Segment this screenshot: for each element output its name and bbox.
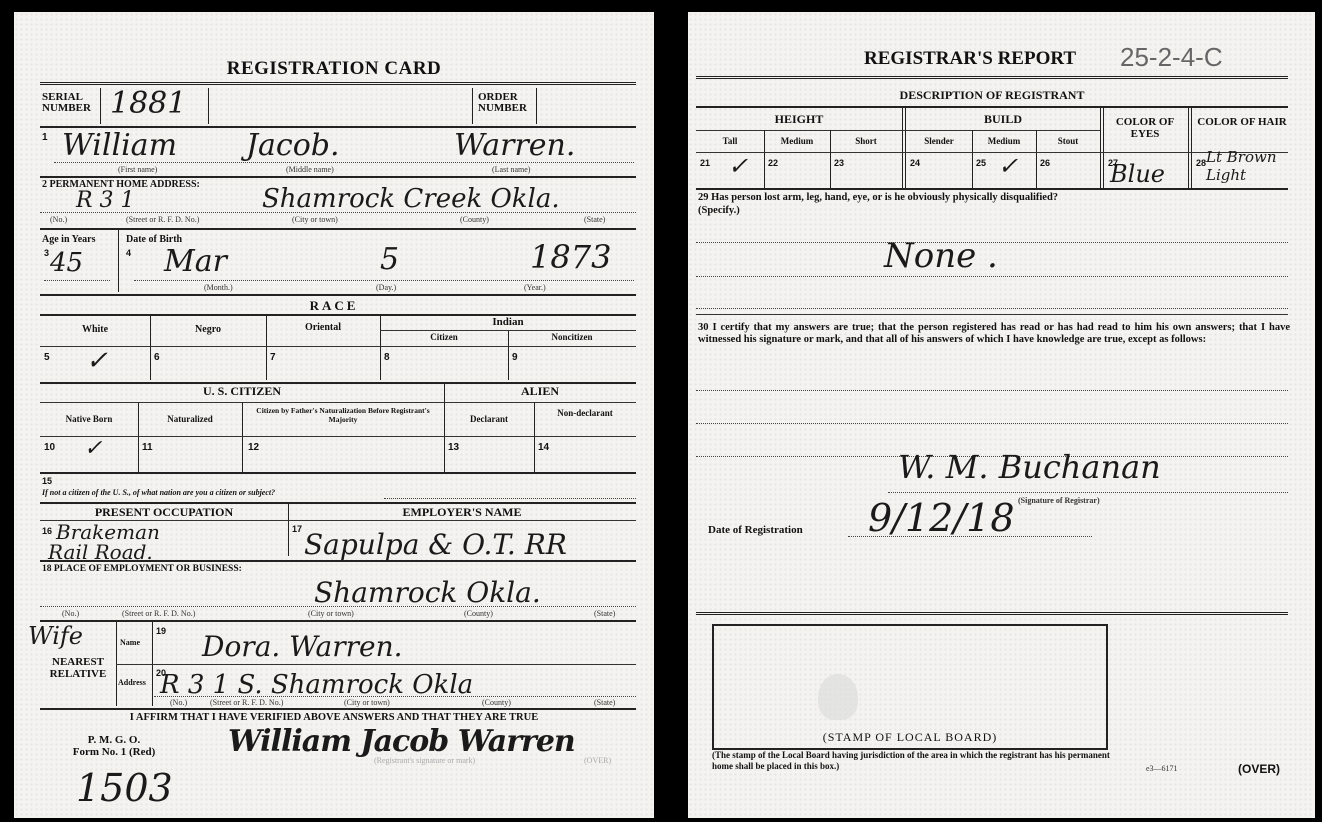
- serial-number-value[interactable]: 1881: [110, 86, 186, 121]
- race-header-negro: Negro: [150, 324, 266, 335]
- middle-name-value[interactable]: Jacob.: [246, 128, 340, 163]
- divider: [40, 708, 636, 710]
- field-number: 15: [42, 476, 52, 486]
- registrar-signature[interactable]: W. M. Buchanan: [898, 448, 1161, 486]
- fill-line: [888, 492, 1288, 493]
- height-tall-check[interactable]: ✓: [728, 152, 748, 180]
- fill-line: [40, 606, 636, 607]
- field-number: 12: [248, 442, 259, 453]
- serial-number-label: SERIAL NUMBER: [42, 92, 102, 114]
- signature-label: (Registrant's signature or mark): [374, 756, 475, 765]
- divider: [138, 402, 139, 472]
- divider: [696, 130, 1100, 131]
- fill-line: [384, 498, 636, 499]
- divider: [40, 502, 636, 504]
- divider: [40, 620, 636, 622]
- address-label: Address: [118, 678, 146, 687]
- registration-date-label: Date of Registration: [708, 524, 803, 536]
- divider: [242, 402, 243, 472]
- order-number-label: ORDER NUMBER: [478, 92, 538, 114]
- sub-label: (Year.): [524, 283, 546, 292]
- fill-line: [696, 276, 1288, 277]
- divider: [40, 82, 636, 85]
- height-medium-label: Medium: [764, 136, 830, 146]
- hair-color-value[interactable]: Lt Brown Light: [1206, 148, 1296, 184]
- divider: [536, 88, 537, 124]
- fill-line: [40, 212, 636, 213]
- race-header-indian: Indian: [380, 316, 636, 328]
- field-number: 23: [834, 158, 844, 168]
- height-title: HEIGHT: [696, 112, 902, 127]
- fill-line: [154, 696, 636, 697]
- field-number: 4: [126, 248, 131, 258]
- divider: [40, 436, 636, 437]
- field-number: 26: [1040, 158, 1050, 168]
- occupation-title: PRESENT OCCUPATION: [40, 505, 288, 520]
- sub-label: (County): [482, 698, 511, 707]
- affirm-statement: I AFFIRM THAT I HAVE VERIFIED ABOVE ANSW…: [14, 712, 654, 723]
- field-number: 10: [44, 442, 55, 453]
- field-number: 14: [538, 442, 549, 453]
- race-header-oriental: Oriental: [266, 322, 380, 333]
- hair-color-title: COLOR OF HAIR: [1192, 116, 1292, 128]
- last-name-value[interactable]: Warren.: [454, 128, 575, 163]
- field-number: 21: [700, 158, 710, 168]
- field-number: 16: [42, 526, 52, 536]
- handwritten-number: 1503: [76, 766, 173, 810]
- sub-label: (County): [460, 215, 489, 224]
- field-number: 17: [292, 524, 302, 534]
- sub-label: (Day.): [376, 283, 396, 292]
- registration-card: REGISTRATION CARD SERIAL NUMBER 1881 ORD…: [14, 12, 654, 818]
- fill-line: [696, 390, 1288, 391]
- dob-year[interactable]: 1873: [530, 238, 611, 276]
- divider: [696, 76, 1288, 79]
- divider: [40, 176, 636, 178]
- field-number: 19: [156, 626, 166, 636]
- report-title: REGISTRAR'S REPORT: [864, 48, 1076, 70]
- registrars-report-card: REGISTRAR'S REPORT 25-2-4-C DESCRIPTION …: [688, 12, 1315, 818]
- sub-label: (Street or R. F. D. No.): [210, 698, 283, 707]
- description-title: DESCRIPTION OF REGISTRANT: [688, 88, 1296, 103]
- divider: [100, 88, 101, 124]
- alien-title: ALIEN: [444, 384, 636, 399]
- field-number: 25: [976, 158, 986, 168]
- field-number: 22: [768, 158, 778, 168]
- alien-header-declarant: Declarant: [444, 414, 534, 424]
- divider: [118, 230, 119, 292]
- field-number: 9: [512, 352, 518, 363]
- question-30: 30 I certify that my answers are true; t…: [698, 322, 1290, 346]
- race-header-white: White: [40, 324, 150, 335]
- height-short-label: Short: [830, 136, 902, 146]
- sub-label: (City or town): [344, 698, 390, 707]
- field-number: 13: [448, 442, 459, 453]
- fill-line: [134, 280, 634, 281]
- registration-date-value[interactable]: 9/12/18: [868, 496, 1015, 540]
- sub-label: (City or town): [308, 609, 354, 618]
- employment-place-label: 18 PLACE OF EMPLOYMENT OR BUSINESS:: [42, 564, 242, 574]
- citizen-header-father-naturalization: Citizen by Father's Naturalization Befor…: [248, 406, 438, 424]
- sub-label: (No.): [62, 609, 79, 618]
- race-title: RACE: [14, 298, 654, 314]
- divider: [444, 384, 445, 472]
- sub-label: (State): [594, 609, 615, 618]
- age-value[interactable]: 45: [50, 248, 83, 278]
- height-tall-label: Tall: [696, 136, 764, 146]
- stamp-code: 25-2-4-C: [1120, 42, 1223, 73]
- relation-value[interactable]: Wife: [28, 622, 83, 650]
- stamp-box: (STAMP OF LOCAL BOARD): [712, 624, 1108, 750]
- name-label: Name: [120, 638, 140, 647]
- build-title: BUILD: [906, 112, 1100, 127]
- divider: [208, 88, 209, 124]
- field-number: 6: [154, 352, 160, 363]
- build-stout-label: Stout: [1036, 136, 1100, 146]
- print-code: e3—6171: [1146, 764, 1178, 773]
- race-white-check[interactable]: ✓: [86, 346, 108, 376]
- field-number: 11: [142, 442, 153, 453]
- fill-line: [54, 162, 634, 163]
- question-29-specify: (Specify.): [698, 205, 740, 216]
- sub-label: (Street or R. F. D. No.): [122, 609, 195, 618]
- sub-label: (Month.): [204, 283, 233, 292]
- race-header-indian-citizen: Citizen: [380, 332, 508, 342]
- native-born-check[interactable]: ✓: [84, 436, 102, 461]
- citizen-header-native-born: Native Born: [40, 414, 138, 424]
- field-number: 3: [44, 248, 49, 258]
- divider: [40, 294, 636, 296]
- employer-title: EMPLOYER'S NAME: [288, 505, 636, 520]
- card-title: REGISTRATION CARD: [14, 58, 654, 80]
- divider: [40, 228, 636, 230]
- divider: [696, 188, 1288, 190]
- registrant-signature[interactable]: William Jacob Warren: [228, 724, 575, 759]
- registrar-signature-label: (Signature of Registrar): [1018, 496, 1100, 505]
- build-slender-label: Slender: [906, 136, 972, 146]
- employment-place-value[interactable]: Shamrock Okla.: [314, 576, 541, 609]
- question-29: 29 Has person lost arm, leg, hand, eye, …: [698, 192, 1298, 203]
- citizen-header-naturalized: Naturalized: [138, 414, 242, 424]
- sub-label: (Street or R. F. D. No.): [126, 215, 199, 224]
- employer-value[interactable]: Sapulpa & O.T. RR: [304, 528, 567, 561]
- divider: [696, 314, 1288, 315]
- divider: [40, 472, 636, 474]
- sub-label: (State): [594, 698, 615, 707]
- divider: [40, 402, 636, 403]
- faded-stamp-mark: [818, 674, 858, 720]
- race-header-indian-noncitizen: Noncitizen: [508, 332, 636, 342]
- divider: [696, 612, 1288, 615]
- divider: [696, 106, 1288, 108]
- question-29-answer[interactable]: None .: [884, 236, 998, 276]
- age-label: Age in Years: [42, 234, 96, 245]
- fill-line: [696, 308, 1288, 309]
- first-name-label: (First name): [118, 165, 157, 174]
- field-number: 7: [270, 352, 276, 363]
- middle-name-label: (Middle name): [286, 165, 334, 174]
- us-citizen-title: U. S. CITIZEN: [40, 384, 444, 399]
- sub-label: (City or town): [292, 215, 338, 224]
- dob-month[interactable]: Mar: [164, 244, 227, 279]
- over-label: (OVER): [1238, 762, 1280, 776]
- sub-label: (State): [584, 215, 605, 224]
- field-number: 28: [1196, 158, 1206, 168]
- stamp-note: (The stamp of the Local Board having jur…: [712, 750, 1112, 772]
- last-name-label: (Last name): [492, 165, 530, 174]
- divider: [472, 88, 473, 124]
- divider: [380, 330, 636, 331]
- nearest-relative-label: NEAREST RELATIVE: [40, 656, 116, 680]
- first-name-value[interactable]: William: [62, 128, 177, 163]
- home-address-city[interactable]: Shamrock Creek Okla.: [262, 184, 560, 214]
- field-number: 1: [42, 132, 48, 143]
- field-number: 8: [384, 352, 390, 363]
- home-address-number[interactable]: R 3 1: [76, 188, 135, 213]
- sub-label: (County): [464, 609, 493, 618]
- field-number: 24: [910, 158, 920, 168]
- divider: [40, 560, 636, 562]
- build-medium-label: Medium: [972, 136, 1036, 146]
- over-label: (OVER): [584, 756, 611, 765]
- stamp-box-label: (STAMP OF LOCAL BOARD): [714, 730, 1106, 745]
- field-number: 5: [44, 352, 50, 363]
- divider: [116, 664, 636, 665]
- build-medium-check[interactable]: ✓: [998, 152, 1018, 180]
- form-id-line1: P. M. G. O.: [54, 734, 174, 746]
- relative-name-value[interactable]: Dora. Warren.: [202, 630, 403, 663]
- dob-day[interactable]: 5: [380, 242, 399, 277]
- form-id-line2: Form No. 1 (Red): [48, 746, 180, 758]
- alien-header-non-declarant: Non-declarant: [534, 408, 636, 418]
- divider: [696, 152, 1288, 153]
- eye-color-value[interactable]: Blue: [1110, 160, 1165, 188]
- fill-line: [44, 280, 110, 281]
- sub-label: (No.): [170, 698, 187, 707]
- eye-color-title: COLOR OF EYES: [1104, 116, 1186, 140]
- divider: [40, 346, 636, 347]
- sub-label: (No.): [50, 215, 67, 224]
- nationality-question: If not a citizen of the U. S., of what n…: [42, 488, 275, 497]
- fill-line: [696, 423, 1288, 424]
